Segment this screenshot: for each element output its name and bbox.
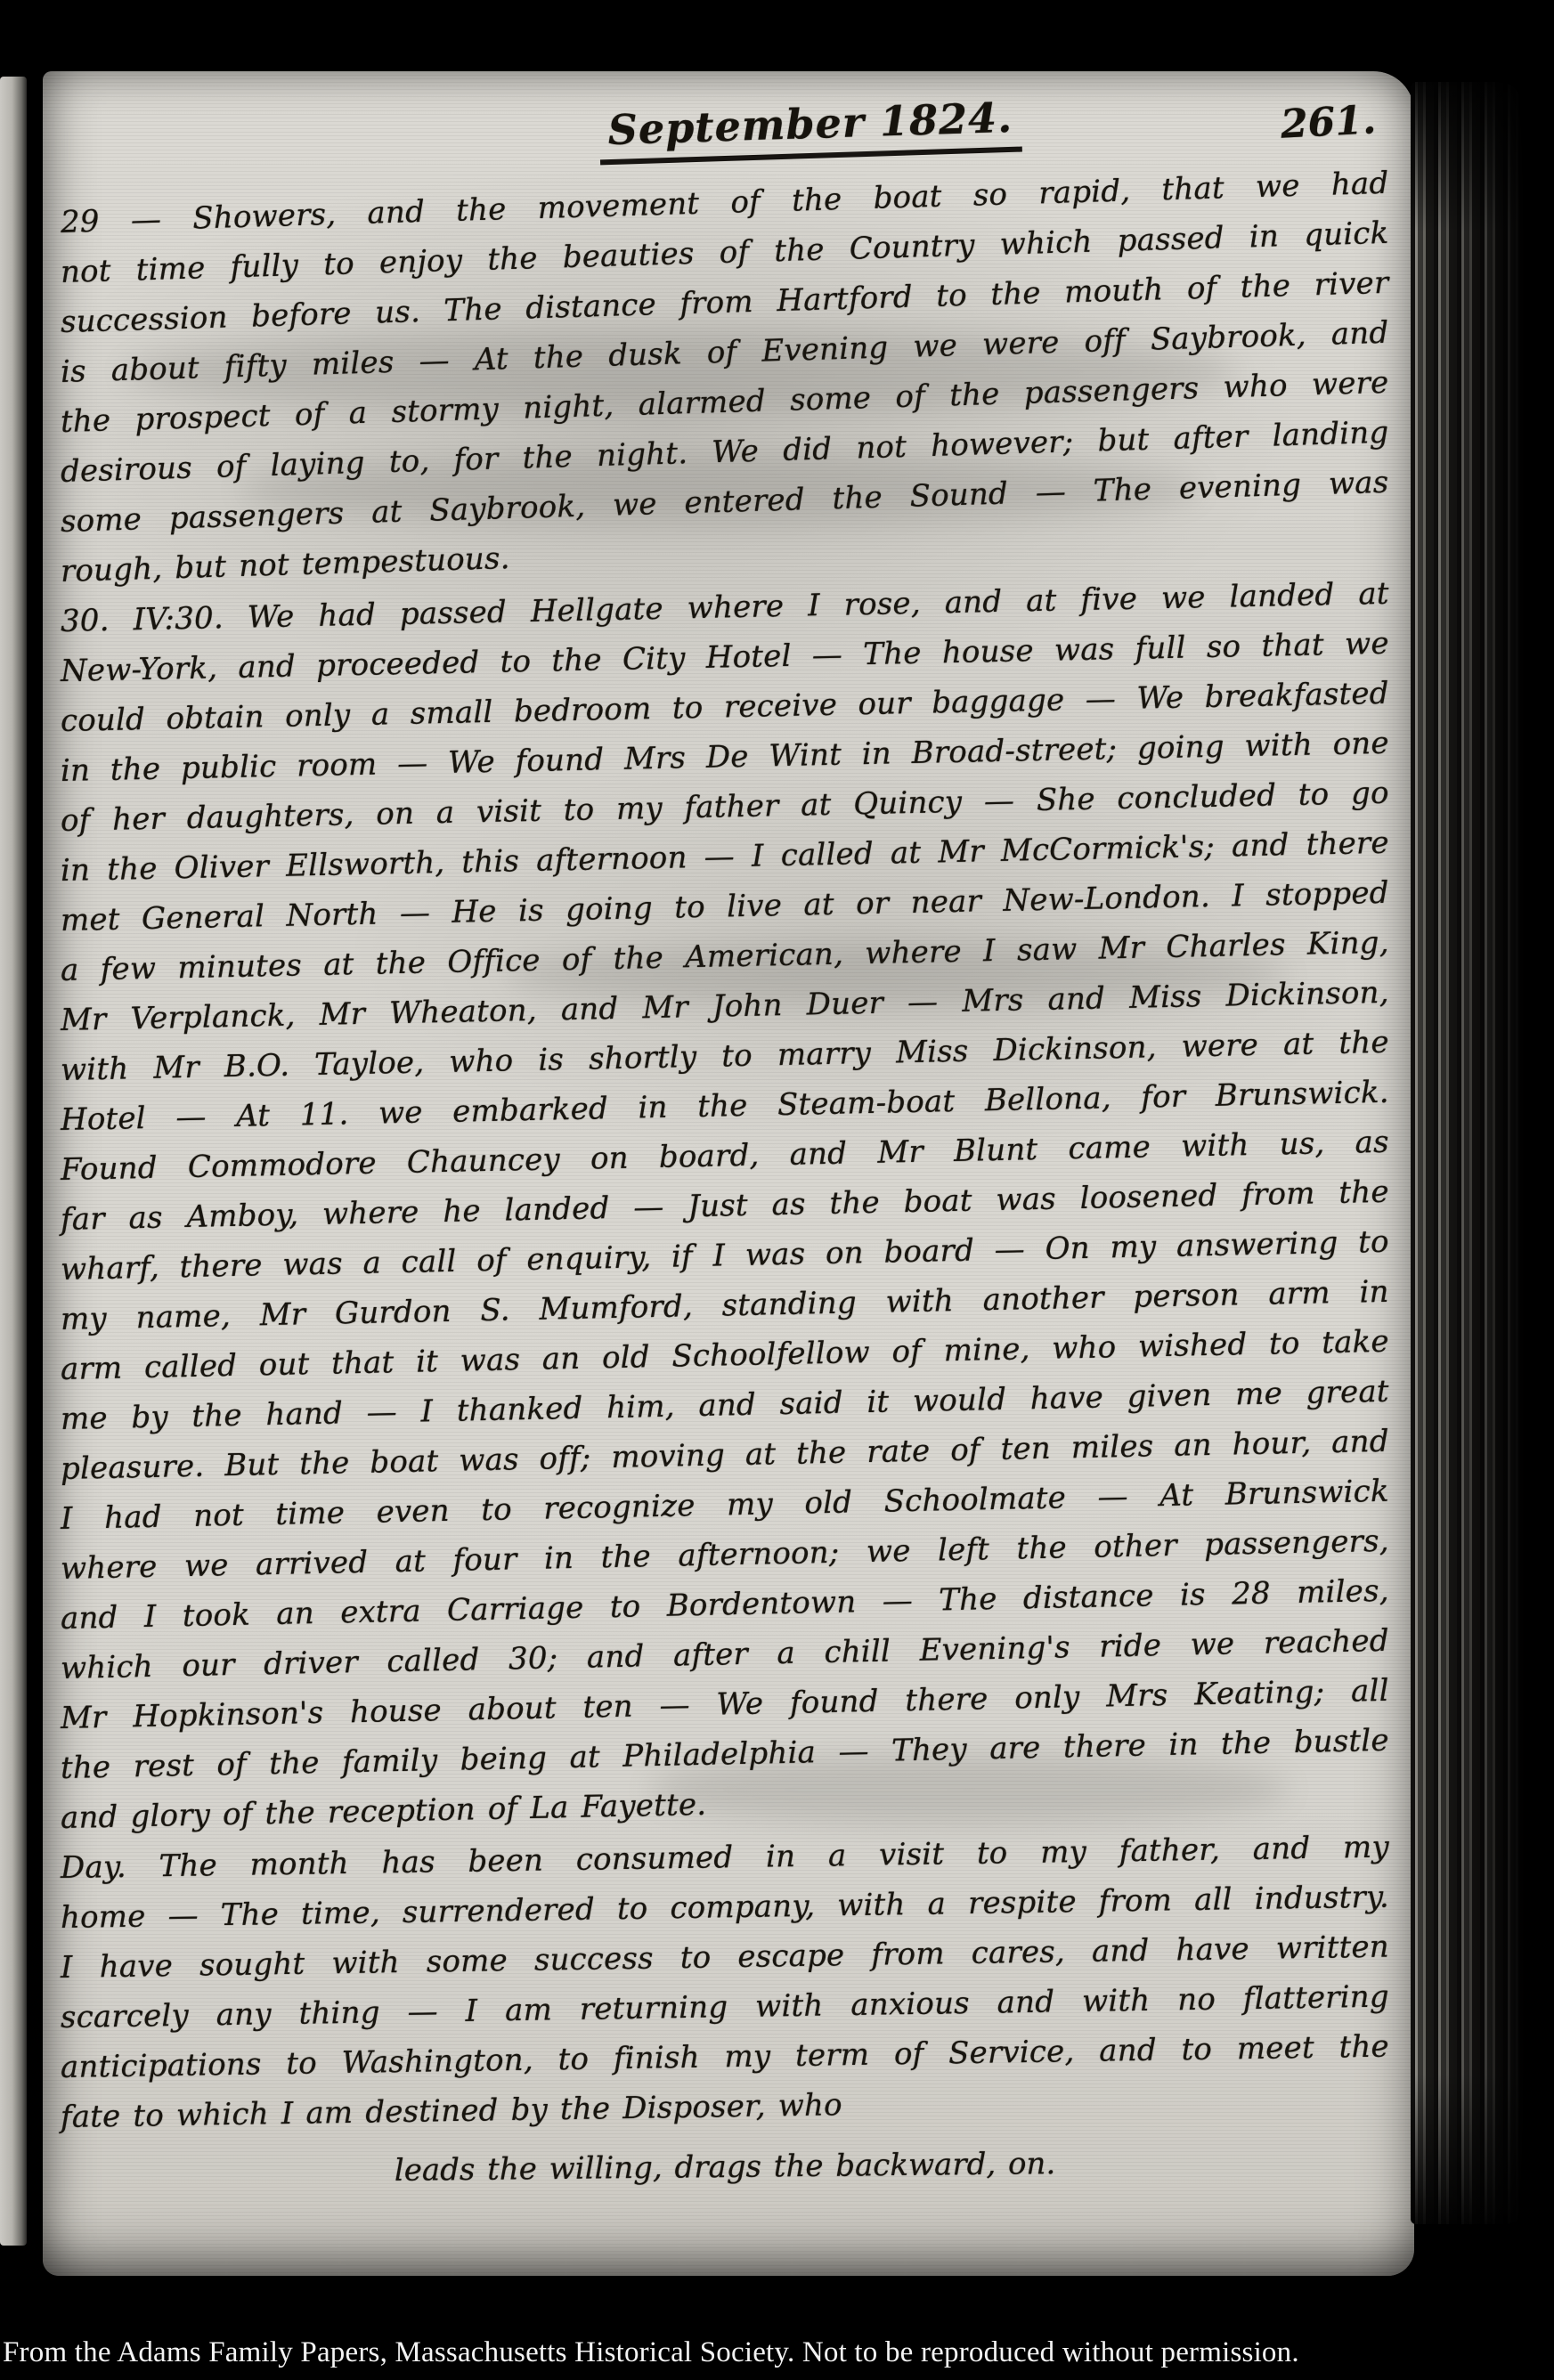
facing-page-edge bbox=[0, 77, 27, 2246]
archive-caption: From the Adams Family Papers, Massachuse… bbox=[3, 2336, 1552, 2369]
manuscript-photo: September 1824. 261. 29 — Showers, and t… bbox=[0, 0, 1554, 2380]
page-number: 261. bbox=[1280, 97, 1378, 148]
entry-september-30: 30. IV:30. We had passed Hellgate where … bbox=[61, 597, 1389, 1843]
closing-line: leads the willing, drags the backward, o… bbox=[61, 2135, 1390, 2199]
entry-month-summary: Day. The month has been consumed in a vi… bbox=[61, 1843, 1389, 2142]
entry-september-29: 29 — Showers, and the movement of the bo… bbox=[61, 198, 1389, 597]
book-fore-edge bbox=[1411, 82, 1525, 2224]
diary-entries: 29 — Showers, and the movement of the bo… bbox=[61, 198, 1389, 2192]
